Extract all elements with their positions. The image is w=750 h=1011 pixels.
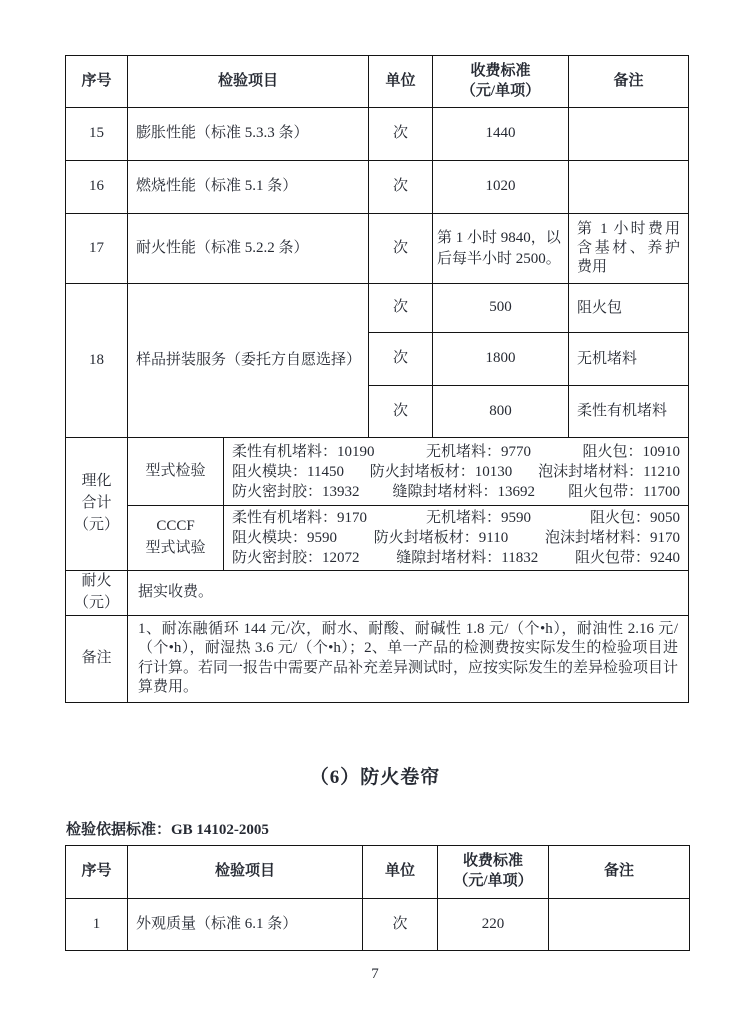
table1-row-16: 16 燃烧性能（标准 5.1 条） 次 1020 — [66, 161, 689, 214]
cell-remark: 第 1 小时费用含基材、养护费用 — [569, 214, 689, 284]
cell-unit: 次 — [369, 386, 433, 438]
document-page: 序号 检验项目 单位 收费标准 （元/单项） 备注 15 膨胀性能（标准 5.3… — [0, 0, 750, 1011]
cell-no: 16 — [66, 161, 128, 214]
table1-row-18a: 18 样品拼装服务（委托方自愿选择） 次 500 阻火包 — [66, 284, 689, 333]
header-item: 检验项目 — [128, 846, 363, 899]
fee-entry: 阻火包带：11700 — [568, 482, 680, 502]
fee-line: 柔性有机堵料：9170 无机堵料：9590 阻火包：9050 — [232, 508, 680, 528]
cell-no: 17 — [66, 214, 128, 284]
fee-entry: 无机堵料：9590 — [426, 508, 531, 528]
cell-label-lihe-heji: 理化 合计 （元） — [66, 438, 128, 571]
cell-cccf-test: CCCF 型式试验 — [128, 506, 224, 571]
cell-fee: 1800 — [433, 333, 569, 386]
cell-unit: 次 — [369, 108, 433, 161]
header-fee-line1: 收费标准 — [433, 62, 568, 82]
fee-entry: 防火密封胶：12072 — [232, 548, 360, 568]
header-no: 序号 — [66, 56, 128, 108]
fee-entry: 泡沫封堵材料：9170 — [545, 528, 680, 548]
cell-fee: 1440 — [433, 108, 569, 161]
cell-fee: 1020 — [433, 161, 569, 214]
header-remark: 备注 — [549, 846, 690, 899]
cell-item: 样品拼装服务（委托方自愿选择） — [128, 284, 369, 438]
cell-remark — [569, 108, 689, 161]
fee-entry: 防火密封胶：13932 — [232, 482, 360, 502]
fee-entry: 柔性有机堵料：9170 — [232, 508, 367, 528]
header-no: 序号 — [66, 846, 128, 899]
fee-line: 防火密封胶：12072 缝隙封堵材料：11832 阻火包带：9240 — [232, 548, 680, 568]
section-heading: （6）防火卷帘 — [0, 762, 750, 789]
fee-entry: 无机堵料：9770 — [426, 442, 531, 462]
fee-line: 阻火模块：11450 防火封堵板材：10130 泡沫封堵材料：11210 — [232, 462, 680, 482]
header-unit: 单位 — [369, 56, 433, 108]
fee-entry: 柔性有机堵料：10190 — [232, 442, 375, 462]
label-line: （元） — [66, 515, 127, 537]
header-fee-line1: 收费标准 — [438, 852, 548, 872]
table1-row-15: 15 膨胀性能（标准 5.3.3 条） 次 1440 — [66, 108, 689, 161]
cell-unit: 次 — [369, 333, 433, 386]
fee-entry: 防火封堵板材：10130 — [370, 462, 513, 482]
fee-line: 防火密封胶：13932 缝隙封堵材料：13692 阻火包带：11700 — [232, 482, 680, 502]
fee-entry: 防火封堵板材：9110 — [374, 528, 508, 548]
fee-entry: 泡沫封堵材料：11210 — [538, 462, 680, 482]
label-line: （元） — [66, 593, 127, 615]
table1-summary-beizhu-row: 备注 1、耐冻融循环 144 元/次，耐水、耐酸、耐碱性 1.8 元/（个•h）… — [66, 615, 689, 702]
fee-entry: 阻火模块：11450 — [232, 462, 344, 482]
cell-fee: 第 1 小时 9840，以后每半小时 2500。 — [433, 214, 569, 284]
cell-item: 燃烧性能（标准 5.1 条） — [128, 161, 369, 214]
label-line: CCCF — [128, 516, 223, 538]
cell-item: 外观质量（标准 6.1 条） — [128, 899, 363, 951]
label-line: 理化 — [66, 471, 127, 493]
cell-fee: 800 — [433, 386, 569, 438]
table1-summary-naihuo-row: 耐火 （元） 据实收费。 — [66, 571, 689, 616]
cell-remark: 柔性有机堵料 — [569, 386, 689, 438]
cell-no: 1 — [66, 899, 128, 951]
cell-remark: 无机堵料 — [569, 333, 689, 386]
header-item: 检验项目 — [128, 56, 369, 108]
cell-fee: 220 — [438, 899, 549, 951]
table2-row-1: 1 外观质量（标准 6.1 条） 次 220 — [66, 899, 690, 951]
fee-entry: 阻火模块：9590 — [232, 528, 337, 548]
fee-entry: 阻火包：9050 — [590, 508, 680, 528]
cell-naihuo-text: 据实收费。 — [128, 571, 689, 616]
table1-summary-typetest-row: 理化 合计 （元） 型式检验 柔性有机堵料：10190 无机堵料：9770 阻火… — [66, 438, 689, 506]
fee-entry: 阻火包：10910 — [583, 442, 681, 462]
cell-unit: 次 — [369, 284, 433, 333]
table1-header-row: 序号 检验项目 单位 收费标准 （元/单项） 备注 — [66, 56, 689, 108]
header-fee: 收费标准 （元/单项） — [433, 56, 569, 108]
cell-label-naihuo: 耐火 （元） — [66, 571, 128, 616]
cell-beizhu-text: 1、耐冻融循环 144 元/次，耐水、耐酸、耐碱性 1.8 元/（个•h），耐油… — [128, 615, 689, 702]
header-fee: 收费标准 （元/单项） — [438, 846, 549, 899]
fee-line: 阻火模块：9590 防火封堵板材：9110 泡沫封堵材料：9170 — [232, 528, 680, 548]
cell-remark — [569, 161, 689, 214]
table1-summary-cccf-row: CCCF 型式试验 柔性有机堵料：9170 无机堵料：9590 阻火包：9050… — [66, 506, 689, 571]
header-remark: 备注 — [569, 56, 689, 108]
cell-no: 15 — [66, 108, 128, 161]
cell-type-test-fees: 柔性有机堵料：10190 无机堵料：9770 阻火包：10910 阻火模块：11… — [224, 438, 689, 506]
fee-entry: 缝隙封堵材料：11832 — [396, 548, 538, 568]
standard-reference: 检验依据标准：GB 14102-2005 — [66, 818, 269, 839]
label-line: 型式试验 — [128, 538, 223, 560]
cell-no: 18 — [66, 284, 128, 438]
fee-line: 柔性有机堵料：10190 无机堵料：9770 阻火包：10910 — [232, 442, 680, 462]
cell-fee: 500 — [433, 284, 569, 333]
fee-entry: 阻火包带：9240 — [575, 548, 680, 568]
cell-unit: 次 — [369, 214, 433, 284]
cell-unit: 次 — [363, 899, 438, 951]
fee-table-firecurtain: 序号 检验项目 单位 收费标准 （元/单项） 备注 1 外观质量（标准 6.1 … — [65, 845, 690, 951]
header-unit: 单位 — [363, 846, 438, 899]
header-fee-line2: （元/单项） — [438, 872, 548, 892]
label-line: 耐火 — [66, 571, 127, 593]
cell-item: 膨胀性能（标准 5.3.3 条） — [128, 108, 369, 161]
cell-remark — [549, 899, 690, 951]
header-fee-line2: （元/单项） — [433, 82, 568, 102]
table2-header-row: 序号 检验项目 单位 收费标准 （元/单项） 备注 — [66, 846, 690, 899]
cell-cccf-test-fees: 柔性有机堵料：9170 无机堵料：9590 阻火包：9050 阻火模块：9590… — [224, 506, 689, 571]
label-line: 型式检验 — [128, 461, 223, 483]
fee-entry: 缝隙封堵材料：13692 — [393, 482, 536, 502]
cell-item: 耐火性能（标准 5.2.2 条） — [128, 214, 369, 284]
cell-label-beizhu: 备注 — [66, 615, 128, 702]
label-line: 合计 — [66, 493, 127, 515]
cell-type-test: 型式检验 — [128, 438, 224, 506]
page-number: 7 — [0, 966, 750, 983]
table1-row-17: 17 耐火性能（标准 5.2.2 条） 次 第 1 小时 9840，以后每半小时… — [66, 214, 689, 284]
fee-table-fireblocking: 序号 检验项目 单位 收费标准 （元/单项） 备注 15 膨胀性能（标准 5.3… — [65, 55, 689, 703]
cell-unit: 次 — [369, 161, 433, 214]
cell-remark: 阻火包 — [569, 284, 689, 333]
